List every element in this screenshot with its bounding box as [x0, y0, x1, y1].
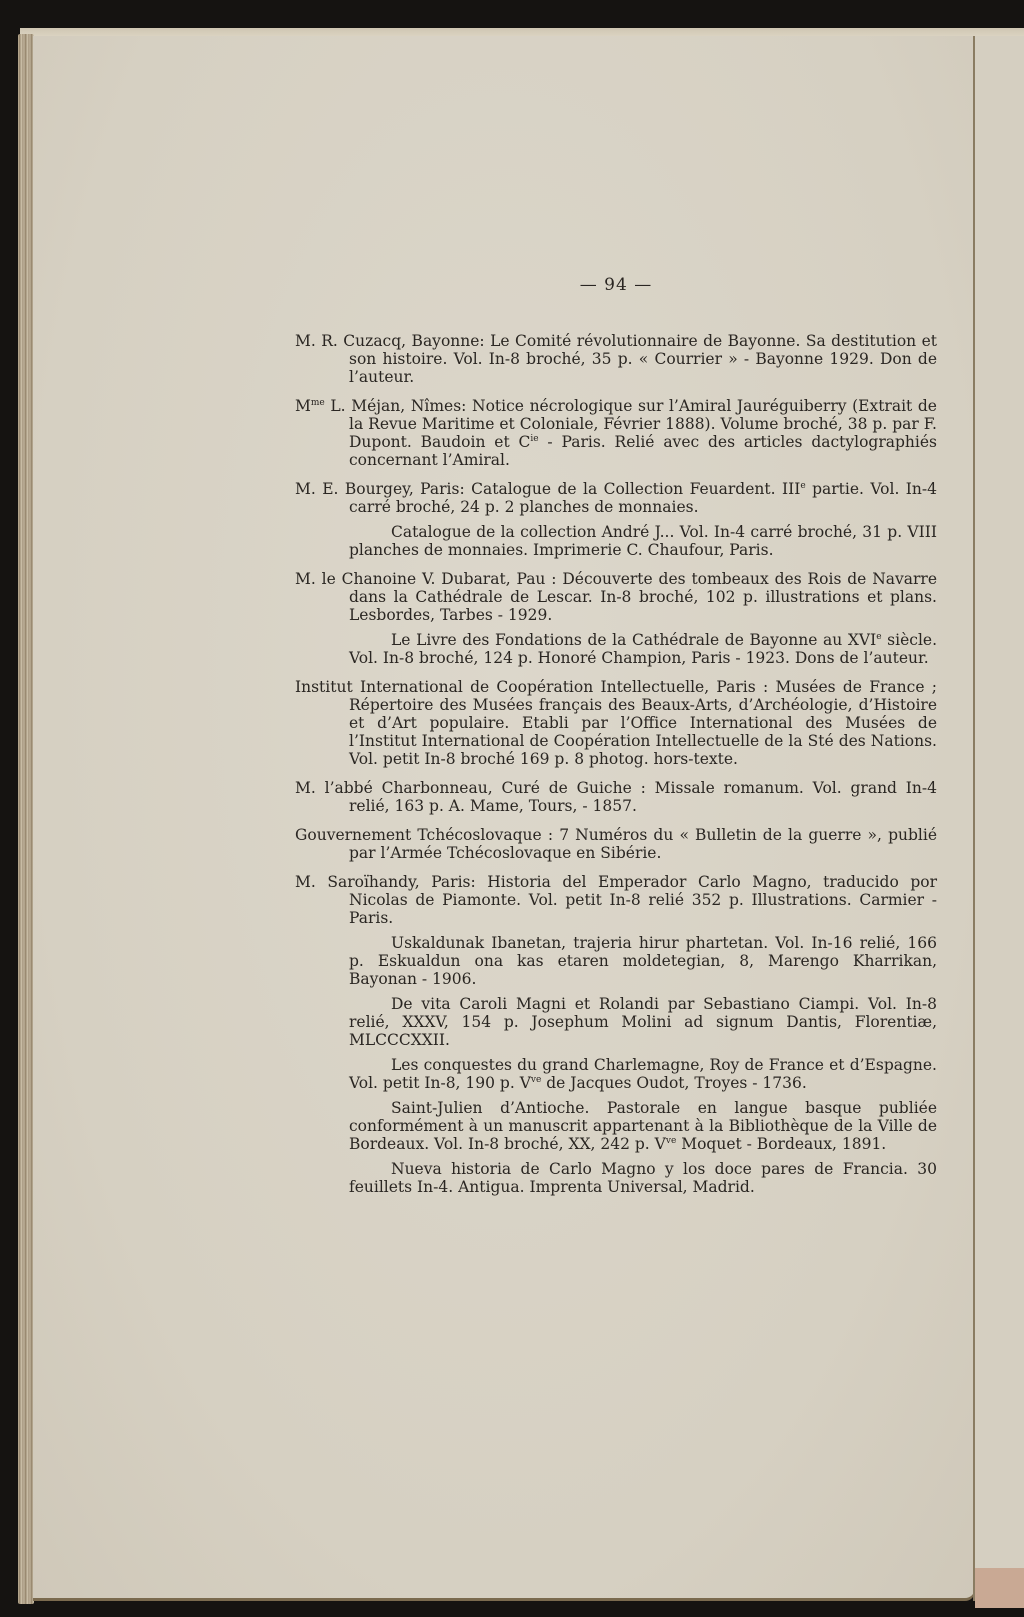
- donor-name: Institut International de Coopération In…: [295, 678, 768, 696]
- page-number: — 94 —: [295, 276, 937, 294]
- entry-text: M. Saroïhandy, Paris: Historia del Emper…: [295, 873, 937, 927]
- superscript: ve: [666, 1136, 676, 1146]
- entry-text: M. E. Bourgey, Paris: Catalogue de la Co…: [295, 480, 937, 516]
- superscript: ve: [531, 1075, 541, 1085]
- additional-item: Nueva historia de Carlo Magno y los doce…: [295, 1160, 937, 1196]
- donation-entry: M. E. Bourgey, Paris: Catalogue de la Co…: [295, 480, 937, 559]
- facing-page: [975, 36, 1024, 1601]
- additional-item: De vita Caroli Magni et Rolandi par Seba…: [295, 995, 937, 1049]
- item-description: Le Livre des Fondations de la Cathédrale…: [391, 631, 876, 649]
- item-description-cont: Moquet - Bordeaux, 1891.: [676, 1135, 886, 1153]
- donor-title-sup: me: [311, 398, 325, 408]
- superscript: ie: [530, 434, 538, 444]
- donation-entry: M. Saroïhandy, Paris: Historia del Emper…: [295, 873, 937, 1196]
- additional-item: Uskaldunak Ibanetan, trajeria hirur phar…: [295, 934, 937, 988]
- donor-name: L. Méjan, Nîmes:: [325, 397, 467, 415]
- donor-name: M. E. Bourgey, Paris:: [295, 480, 465, 498]
- donor-name: M. l’abbé Charbonneau, Curé de Guiche :: [295, 779, 646, 797]
- additional-item: Les conquestes du grand Charlemagne, Roy…: [295, 1056, 937, 1092]
- donation-entry: M. R. Cuzacq, Bayonne: Le Comité révolut…: [295, 332, 937, 386]
- entry-text: Gouvernement Tchécoslovaque : 7 Numéros …: [295, 826, 937, 862]
- donor-name: M. Saroïhandy, Paris:: [295, 873, 476, 891]
- donor-name: M. R. Cuzacq, Bayonne:: [295, 332, 485, 350]
- donation-entry: M. l’abbé Charbonneau, Curé de Guiche : …: [295, 779, 937, 815]
- donor-title: M: [295, 397, 311, 415]
- additional-item: Le Livre des Fondations de la Cathédrale…: [295, 631, 937, 667]
- donor-name: M. le Chanoine V. Dubarat, Pau :: [295, 570, 557, 588]
- facing-page-edge: [975, 1568, 1024, 1608]
- donation-list: M. R. Cuzacq, Bayonne: Le Comité révolut…: [295, 332, 937, 1207]
- donation-entry: Institut International de Coopération In…: [295, 678, 937, 768]
- entry-text: Institut International de Coopération In…: [295, 678, 937, 768]
- book-page: — 94 — M. R. Cuzacq, Bayonne: Le Comité …: [33, 36, 975, 1598]
- additional-item: Saint-Julien d’Antioche. Pastorale en la…: [295, 1099, 937, 1153]
- entry-text: Mme L. Méjan, Nîmes: Notice nécrologique…: [295, 397, 937, 469]
- entry-text: M. l’abbé Charbonneau, Curé de Guiche : …: [295, 779, 937, 815]
- additional-item: Catalogue de la collection André J... Vo…: [295, 523, 937, 559]
- entry-text: M. R. Cuzacq, Bayonne: Le Comité révolut…: [295, 332, 937, 386]
- entry-text: M. le Chanoine V. Dubarat, Pau : Découve…: [295, 570, 937, 624]
- donation-entry: M. le Chanoine V. Dubarat, Pau : Découve…: [295, 570, 937, 667]
- item-description: Catalogue de la Collection Feuardent. II…: [471, 480, 800, 498]
- page-stack-edge: [18, 34, 34, 1604]
- item-description-cont: de Jacques Oudot, Troyes - 1736.: [541, 1074, 807, 1092]
- donation-entry: Mme L. Méjan, Nîmes: Notice nécrologique…: [295, 397, 937, 469]
- donor-name: Gouvernement Tchécoslovaque :: [295, 826, 553, 844]
- donation-entry: Gouvernement Tchécoslovaque : 7 Numéros …: [295, 826, 937, 862]
